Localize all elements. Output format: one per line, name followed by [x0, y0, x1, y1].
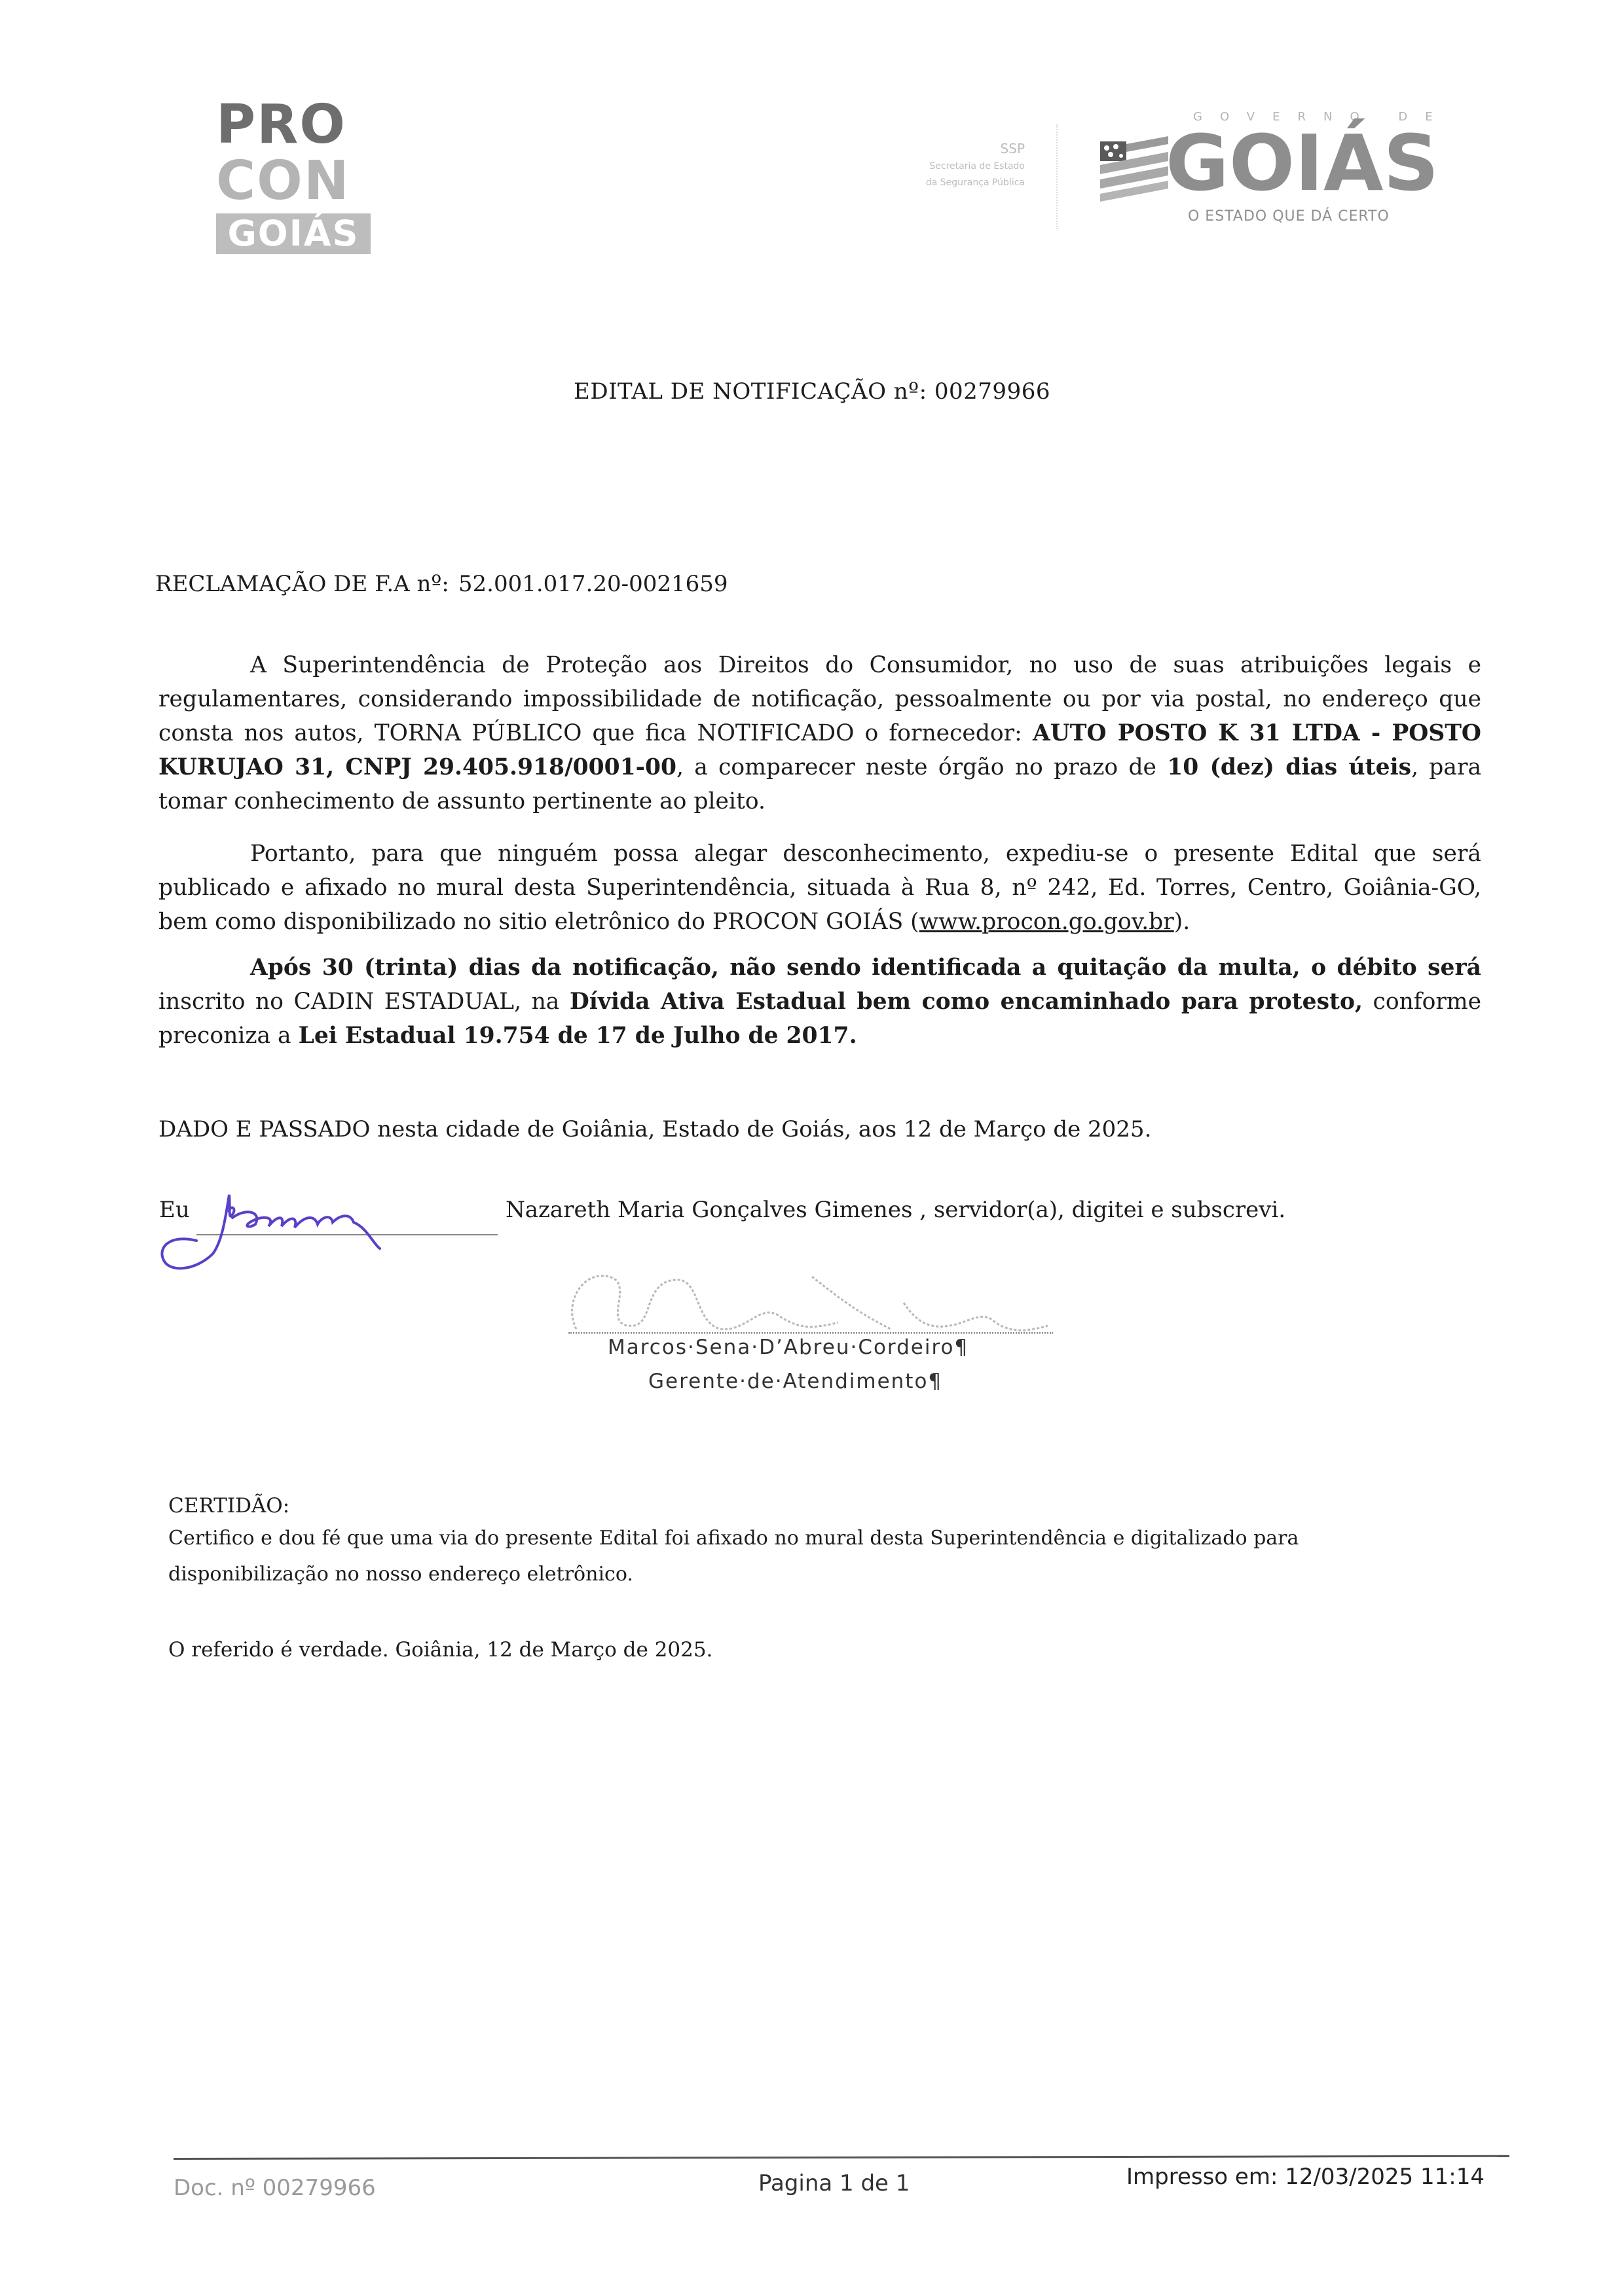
- footer-printed-at: Impresso em: 12/03/2025 11:14: [1126, 2164, 1485, 2190]
- procon-logo-con: CON: [216, 155, 373, 208]
- footer-divider: [174, 2155, 1509, 2160]
- claim-number: 52.001.017.20-0021659: [458, 571, 728, 597]
- notification-paragraph: A Superintendência de Proteção aos Direi…: [158, 648, 1481, 818]
- footer-page-number: Pagina 1 de 1: [758, 2170, 910, 2196]
- goias-slogan: O ESTADO QUE DÁ CERTO: [1188, 208, 1390, 225]
- claim-label: RECLAMAÇÃO DE F.A nº:: [155, 571, 449, 597]
- goias-flag-icon: [1095, 136, 1170, 202]
- procon-logo-goias: GOIÁS: [216, 213, 371, 254]
- publication-end: ).: [1174, 909, 1190, 935]
- issue-date-statement: DADO E PASSADO nesta cidade de Goiânia, …: [158, 1116, 1151, 1142]
- manager-signature-icon: [563, 1264, 1074, 1342]
- typist-signature-icon: [157, 1188, 458, 1273]
- procon-goias-logo: PRO CON GOIÁS: [216, 98, 373, 254]
- certidao-text: Certifico e dou fé que uma via do presen…: [168, 1520, 1445, 1592]
- referido-statement: O referido é verdade. Goiânia, 12 de Mar…: [168, 1638, 712, 1662]
- ssp-acronym: SSP: [868, 141, 1025, 156]
- footer-doc-number: Doc. nº 00279966: [174, 2175, 376, 2201]
- cnpj-label: , CNPJ: [326, 754, 423, 780]
- document-title: EDITAL DE NOTIFICAÇÃO nº: 00279966: [0, 378, 1624, 405]
- ssp-logo: SSP Secretaria de Estado da Segurança Pú…: [868, 141, 1025, 189]
- typist-statement: Nazareth Maria Gonçalves Gimenes , servi…: [506, 1197, 1285, 1223]
- manager-role: Gerente·de·Atendimento¶: [648, 1370, 942, 1393]
- procon-website-link[interactable]: www.procon.go.gov.br: [919, 909, 1174, 935]
- publication-paragraph: Portanto, para que ninguém possa alegar …: [158, 837, 1481, 939]
- publication-text: Portanto, para que ninguém possa alegar …: [158, 841, 1481, 935]
- debt-bold-3: Lei Estadual 19.754 de 17 de Julho de 20…: [299, 1023, 857, 1049]
- ssp-line-1: Secretaria de Estado: [868, 160, 1025, 173]
- cnpj-number: 29.405.918/0001-00: [423, 754, 676, 780]
- notification-middle: , a comparecer neste órgão no prazo de: [676, 754, 1167, 780]
- deadline: 10 (dez) dias úteis: [1167, 754, 1411, 780]
- debt-plain-1: inscrito no CADIN ESTADUAL, na: [158, 989, 570, 1015]
- debt-paragraph: Após 30 (trinta) dias da notificação, nã…: [158, 951, 1481, 1053]
- certidao-heading: CERTIDÃO:: [168, 1494, 289, 1518]
- manager-name: Marcos·Sena·D’Abreu·Cordeiro¶: [608, 1336, 969, 1359]
- ssp-line-2: da Segurança Pública: [868, 177, 1025, 189]
- goias-name: GOIÁS: [1166, 124, 1439, 202]
- logo-divider: [1056, 124, 1058, 229]
- manager-signature-line: [568, 1332, 1053, 1334]
- debt-bold-1: Após 30 (trinta) dias da notificação, nã…: [250, 955, 1481, 981]
- procon-logo-pro: PRO: [216, 98, 373, 152]
- claim-reference: RECLAMAÇÃO DE F.A nº:52.001.017.20-00216…: [155, 571, 728, 597]
- debt-bold-2: Dívida Ativa Estadual bem como encaminha…: [570, 989, 1363, 1015]
